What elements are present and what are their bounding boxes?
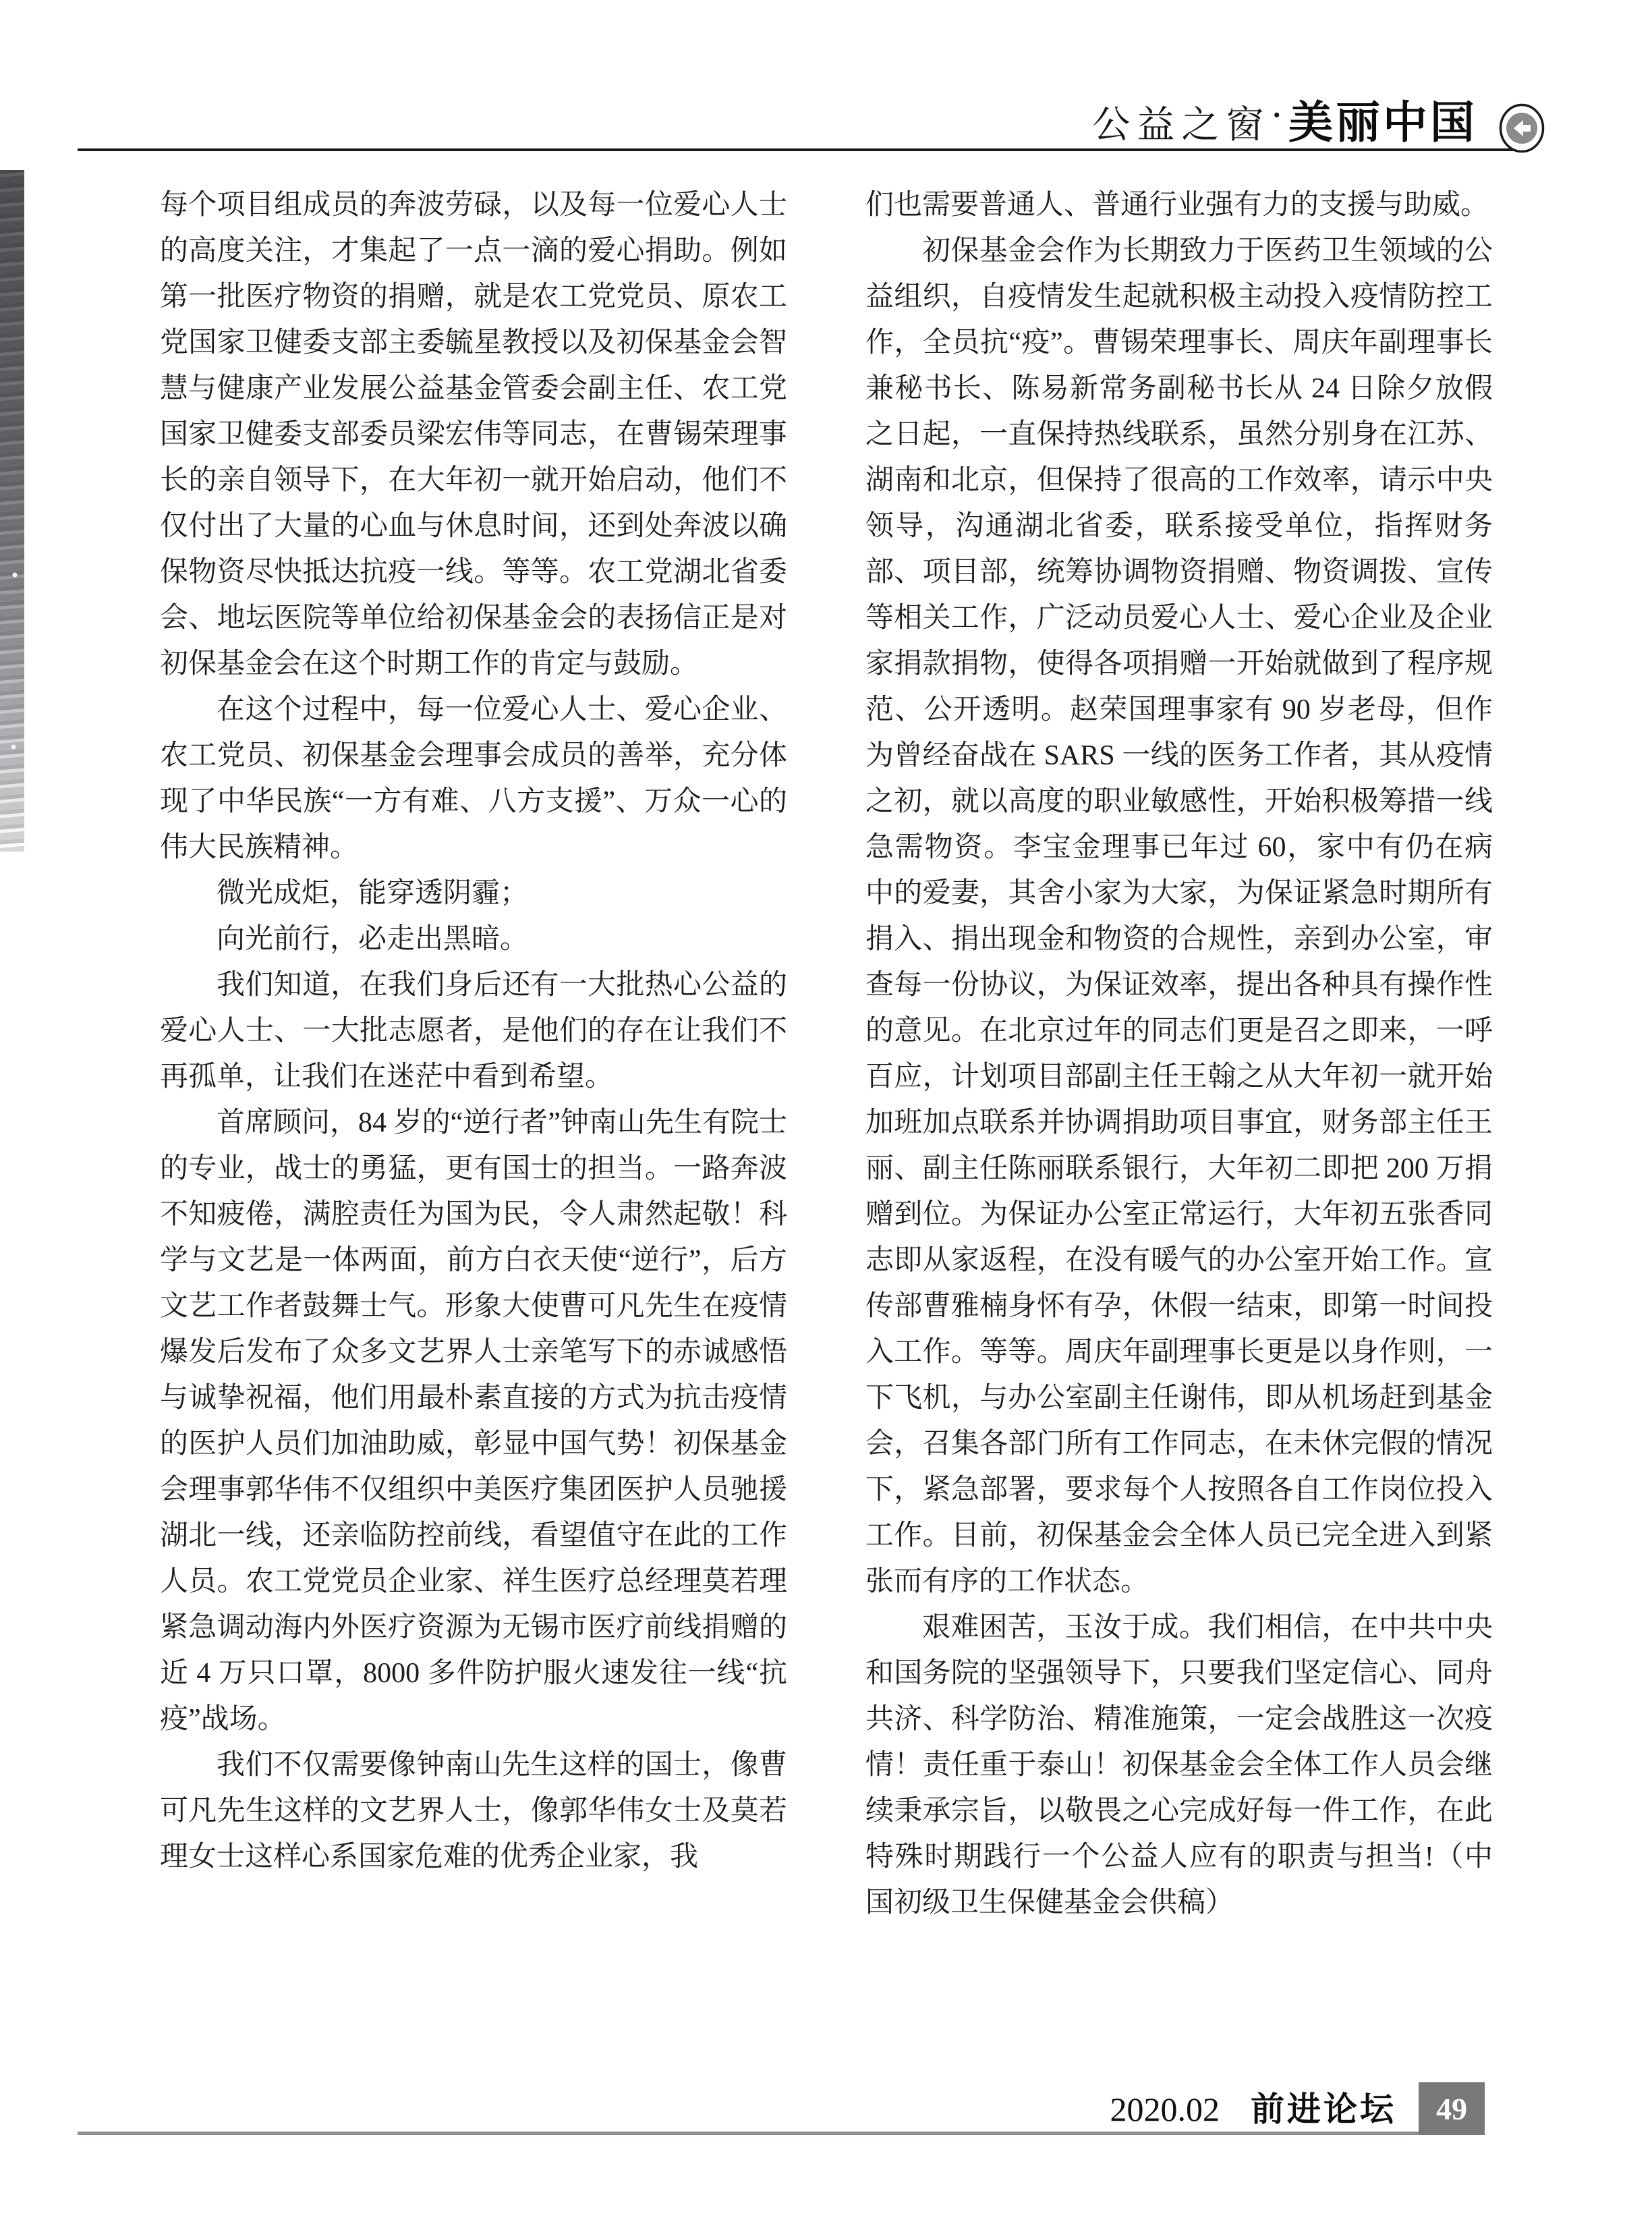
article-paragraph: 每个项目组成员的奔波劳碌，以及每一位爱心人士的高度关注，才集起了一点一滴的爱心捐… (160, 182, 787, 687)
page-number-box: 49 (1419, 2082, 1485, 2135)
article-paragraph: 初保基金会作为长期致力于医药卫生领域的公益组织，自疫情发生起就积极主动投入疫情防… (865, 228, 1493, 1605)
footer-issue-date: 2020.02 (1110, 2090, 1220, 2129)
article-paragraph: 首席顾问，84 岁的“逆行者”钟南山先生有院士的专业，战士的勇猛，更有国士的担当… (160, 1100, 787, 1742)
header-section-label: 公益之窗 (1092, 95, 1270, 149)
back-arrow-circle-icon (1499, 103, 1545, 153)
magazine-page: 公益之窗 · 美丽中国 每个项目组成员的奔波劳碌，以及每一位爱心人士的高度关注，… (0, 0, 1652, 2226)
article-paragraph: 艰难困苦，玉汝于成。我们相信，在中共中央和国务院的坚强领导下，只要我们坚定信心、… (865, 1605, 1493, 1926)
article-paragraph: 我们不仅需要像钟南山先生这样的国士，像曹可凡先生这样的文艺界人士，像郭华伟女士及… (160, 1742, 787, 1880)
article-paragraph: 向光前行，必走出黑暗。 (160, 916, 787, 962)
article-paragraph: 微光成炬，能穿透阴霾； (160, 870, 787, 916)
article-paragraph: 我们知道，在我们身后还有一大批热心公益的爱心人士、一大批志愿者，是他们的存在让我… (160, 962, 787, 1100)
article-paragraph: 们也需要普通人、普通行业强有力的支援与助威。 (865, 182, 1493, 228)
header-section-title: 美丽中国 (1288, 86, 1477, 150)
header-separator-dot: · (1272, 101, 1282, 130)
left-bleed-image (0, 170, 24, 852)
footer-journal-name: 前进论坛 (1251, 2082, 1396, 2131)
header-rule (78, 148, 1526, 151)
page-header: 公益之窗 · 美丽中国 (1092, 86, 1477, 144)
page-number: 49 (1436, 2091, 1467, 2127)
article-right-column: 们也需要普通人、普通行业强有力的支援与助威。初保基金会作为长期致力于医药卫生领域… (865, 182, 1493, 1926)
article-left-column: 每个项目组成员的奔波劳碌，以及每一位爱心人士的高度关注，才集起了一点一滴的爱心捐… (160, 182, 787, 1880)
article-paragraph: 在这个过程中，每一位爱心人士、爱心企业、农工党员、初保基金会理事会成员的善举，充… (160, 687, 787, 870)
page-footer: 2020.02 前进论坛 (1110, 2082, 1397, 2132)
